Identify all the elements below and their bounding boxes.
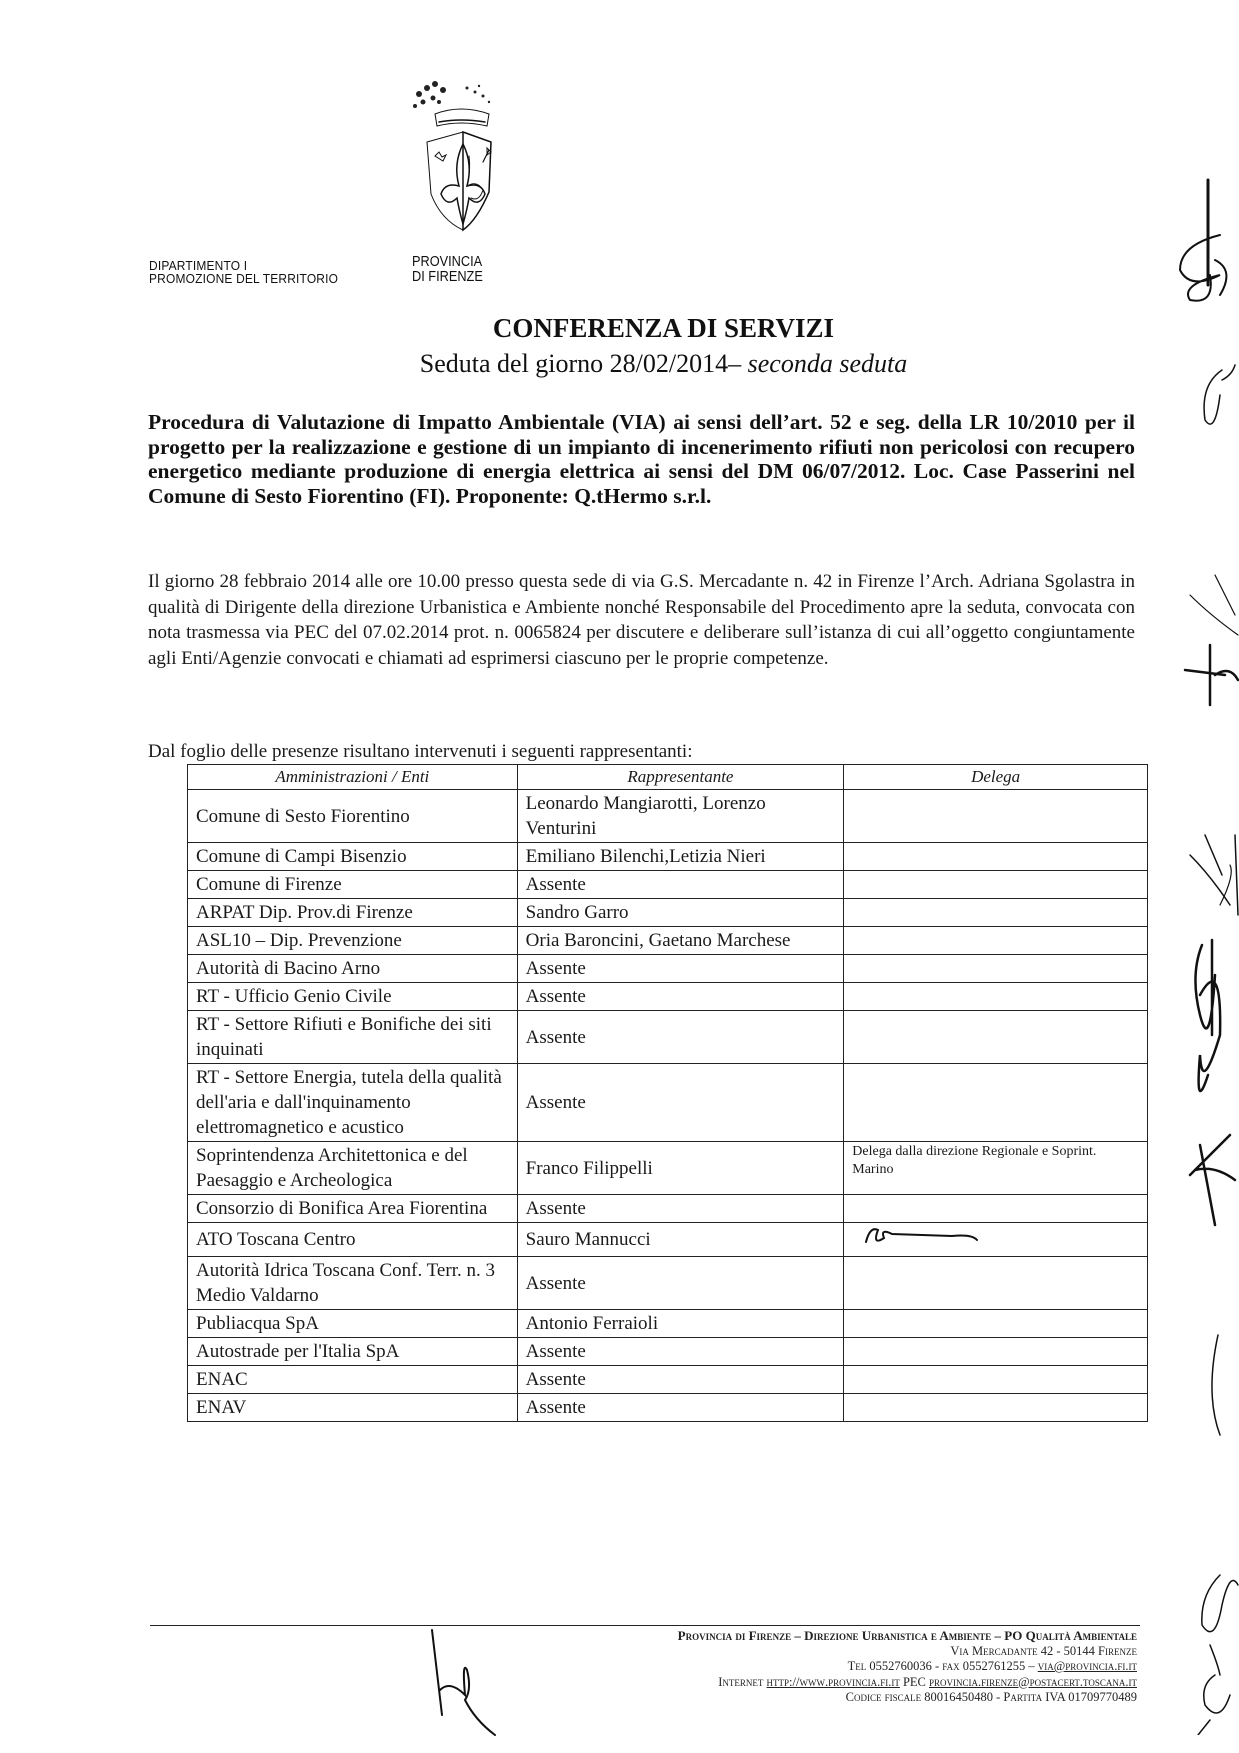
- province-label: PROVINCIA DI FIRENZE: [412, 254, 483, 284]
- coat-of-arms-florence-lily-icon: [405, 74, 501, 234]
- column-header-rappresentante: Rappresentante: [517, 765, 844, 790]
- table-row: Autorità Idrica Toscana Conf. Terr. n. 3…: [188, 1257, 1148, 1310]
- cell-ente: Comune di Firenze: [188, 871, 518, 899]
- document-title: CONFERENZA DI SERVIZI: [0, 313, 1239, 344]
- cell-rappresentante: Assente: [517, 955, 844, 983]
- cell-ente: RT - Ufficio Genio Civile: [188, 983, 518, 1011]
- cell-delega: [844, 843, 1148, 871]
- cell-delega: [844, 1310, 1148, 1338]
- cell-rappresentante: Emiliano Bilenchi,Letizia Nieri: [517, 843, 844, 871]
- footer-address: Via Mercadante 42 - 50144 Firenze: [560, 1644, 1137, 1660]
- cell-ente: Autostrade per l'Italia SpA: [188, 1338, 518, 1366]
- table-row: Soprintendenza Architettonica e del Paes…: [188, 1142, 1148, 1195]
- table-row: Autostrade per l'Italia SpAAssente: [188, 1338, 1148, 1366]
- cell-ente: Publiacqua SpA: [188, 1310, 518, 1338]
- table-row: ASL10 – Dip. PrevenzioneOria Baroncini, …: [188, 927, 1148, 955]
- table-row: Consorzio di Bonifica Area FiorentinaAss…: [188, 1195, 1148, 1223]
- cell-rappresentante: Leonardo Mangiarotti, Lorenzo Venturini: [517, 790, 844, 843]
- session-number: seconda seduta: [748, 349, 908, 378]
- cell-rappresentante: Assente: [517, 983, 844, 1011]
- department-name-line2: PROMOZIONE DEL TERRITORIO: [149, 272, 338, 285]
- footer-email-link[interactable]: via@provincia.fi.it: [1038, 1659, 1137, 1673]
- cell-delega: Delega dalla direzione Regionale e Sopri…: [844, 1142, 1148, 1195]
- cell-rappresentante: Assente: [517, 1064, 844, 1142]
- footer-phone: Tel 0552760036 - fax 0552761255 – via@pr…: [560, 1659, 1137, 1675]
- cell-ente: Comune di Campi Bisenzio: [188, 843, 518, 871]
- cell-delega: [844, 983, 1148, 1011]
- cell-ente: ASL10 – Dip. Prevenzione: [188, 927, 518, 955]
- cell-rappresentante: Franco Filippelli: [517, 1142, 844, 1195]
- footer-initials: [420, 1620, 520, 1740]
- cell-delega: [844, 1257, 1148, 1310]
- signature-scribble-icon: [1180, 180, 1226, 301]
- initials-mark: [432, 1630, 495, 1735]
- session-date: Seduta del giorno 28/02/2014–: [420, 349, 748, 378]
- province-name-line2: DI FIRENZE: [412, 269, 483, 284]
- cell-rappresentante: Assente: [517, 1257, 844, 1310]
- initials-mark: [1198, 1675, 1230, 1735]
- column-header-delega: Delega: [844, 765, 1148, 790]
- cell-rappresentante: Sauro Mannucci: [517, 1223, 844, 1257]
- footer-phone-fax: Tel 0552760036 - fax 0552761255 –: [848, 1659, 1038, 1673]
- cell-rappresentante: Antonio Ferraioli: [517, 1310, 844, 1338]
- cell-rappresentante: Sandro Garro: [517, 899, 844, 927]
- handwritten-signature-icon: [852, 1224, 1002, 1248]
- initials-mark: [1190, 575, 1238, 635]
- cell-delega: [844, 1064, 1148, 1142]
- table-row: Comune di FirenzeAssente: [188, 871, 1148, 899]
- cell-ente: ENAV: [188, 1394, 518, 1422]
- footer-contact-block: Provincia di Firenze – Direzione Urbanis…: [560, 1628, 1137, 1706]
- cell-delega: [844, 1394, 1148, 1422]
- attendance-intro: Dal foglio delle presenze risultano inte…: [148, 741, 693, 763]
- table-row: Publiacqua SpAAntonio Ferraioli: [188, 1310, 1148, 1338]
- table-row: RT - Settore Energia, tutela della quali…: [188, 1064, 1148, 1142]
- cell-ente: ARPAT Dip. Prov.di Firenze: [188, 899, 518, 927]
- procedure-subject: Procedura di Valutazione di Impatto Ambi…: [148, 410, 1135, 508]
- table-row: Autorità di Bacino ArnoAssente: [188, 955, 1148, 983]
- cell-delega: [844, 1366, 1148, 1394]
- cell-rappresentante: Assente: [517, 1195, 844, 1223]
- cell-ente: ATO Toscana Centro: [188, 1223, 518, 1257]
- cell-delega: [844, 1338, 1148, 1366]
- initials-mark: [1202, 1575, 1238, 1675]
- cell-delega: [844, 927, 1148, 955]
- province-coat-of-arms-logo: [405, 74, 501, 234]
- cell-rappresentante: Oria Baroncini, Gaetano Marchese: [517, 927, 844, 955]
- cell-ente: Comune di Sesto Fiorentino: [188, 790, 518, 843]
- signature-scribble-icon: [1195, 940, 1220, 1091]
- department-label: DIPARTIMENTO I PROMOZIONE DEL TERRITORIO: [149, 259, 338, 285]
- cell-rappresentante: Assente: [517, 1394, 844, 1422]
- attendance-table: Amministrazioni / Enti Rappresentante De…: [187, 764, 1148, 1422]
- cell-rappresentante: Assente: [517, 1011, 844, 1064]
- table-row: Comune di Sesto FiorentinoLeonardo Mangi…: [188, 790, 1148, 843]
- meeting-paragraph: Il giorno 28 febbraio 2014 alle ore 10.0…: [148, 569, 1135, 671]
- footer-pec-label: PEC: [900, 1675, 929, 1689]
- cell-ente: Autorità Idrica Toscana Conf. Terr. n. 3…: [188, 1257, 518, 1310]
- cell-delega: [844, 899, 1148, 927]
- cell-ente: RT - Settore Rifiuti e Bonifiche dei sit…: [188, 1011, 518, 1064]
- footer-internet: Internet http://www.provincia.fi.it PEC …: [560, 1675, 1137, 1691]
- footer-divider: [150, 1625, 1140, 1626]
- table-row: ENACAssente: [188, 1366, 1148, 1394]
- initials-mark: [1185, 645, 1238, 705]
- cell-delega: [844, 955, 1148, 983]
- footer-website-link[interactable]: http://www.provincia.fi.it: [767, 1675, 900, 1689]
- initials-mark: [1204, 365, 1235, 424]
- footer-pec-link[interactable]: provincia.firenze@postacert.toscana.it: [929, 1675, 1137, 1689]
- cell-delega: [844, 1011, 1148, 1064]
- session-subtitle: Seduta del giorno 28/02/2014– seconda se…: [0, 349, 1239, 379]
- margin-signatures: [1160, 175, 1239, 1735]
- cell-delega: [844, 1195, 1148, 1223]
- table-row: ARPAT Dip. Prov.di FirenzeSandro Garro: [188, 899, 1148, 927]
- cell-rappresentante: Assente: [517, 1338, 844, 1366]
- cell-ente: RT - Settore Energia, tutela della quali…: [188, 1064, 518, 1142]
- column-header-ente: Amministrazioni / Enti: [188, 765, 518, 790]
- table-row: RT - Ufficio Genio CivileAssente: [188, 983, 1148, 1011]
- initials-mark: [1212, 1335, 1220, 1435]
- cell-delega: [844, 790, 1148, 843]
- table-row: ENAVAssente: [188, 1394, 1148, 1422]
- cell-ente: Soprintendenza Architettonica e del Paes…: [188, 1142, 518, 1195]
- footer-tax-codes: Codice fiscale 80016450480 - Partita IVA…: [560, 1690, 1137, 1706]
- table-row: Comune di Campi BisenzioEmiliano Bilench…: [188, 843, 1148, 871]
- cell-ente: Autorità di Bacino Arno: [188, 955, 518, 983]
- cell-rappresentante: Assente: [517, 871, 844, 899]
- table-row: ATO Toscana CentroSauro Mannucci: [188, 1223, 1148, 1257]
- footer-internet-label: Internet: [718, 1675, 766, 1689]
- cell-ente: Consorzio di Bonifica Area Fiorentina: [188, 1195, 518, 1223]
- cell-ente: ENAC: [188, 1366, 518, 1394]
- province-name-line1: PROVINCIA: [412, 254, 483, 269]
- cell-delega: [844, 871, 1148, 899]
- cell-rappresentante: Assente: [517, 1366, 844, 1394]
- initials-mark: [1190, 1135, 1235, 1225]
- table-header-row: Amministrazioni / Enti Rappresentante De…: [188, 765, 1148, 790]
- cell-delega-signature: [844, 1223, 1148, 1257]
- table-row: RT - Settore Rifiuti e Bonifiche dei sit…: [188, 1011, 1148, 1064]
- footer-office: Provincia di Firenze – Direzione Urbanis…: [560, 1628, 1137, 1644]
